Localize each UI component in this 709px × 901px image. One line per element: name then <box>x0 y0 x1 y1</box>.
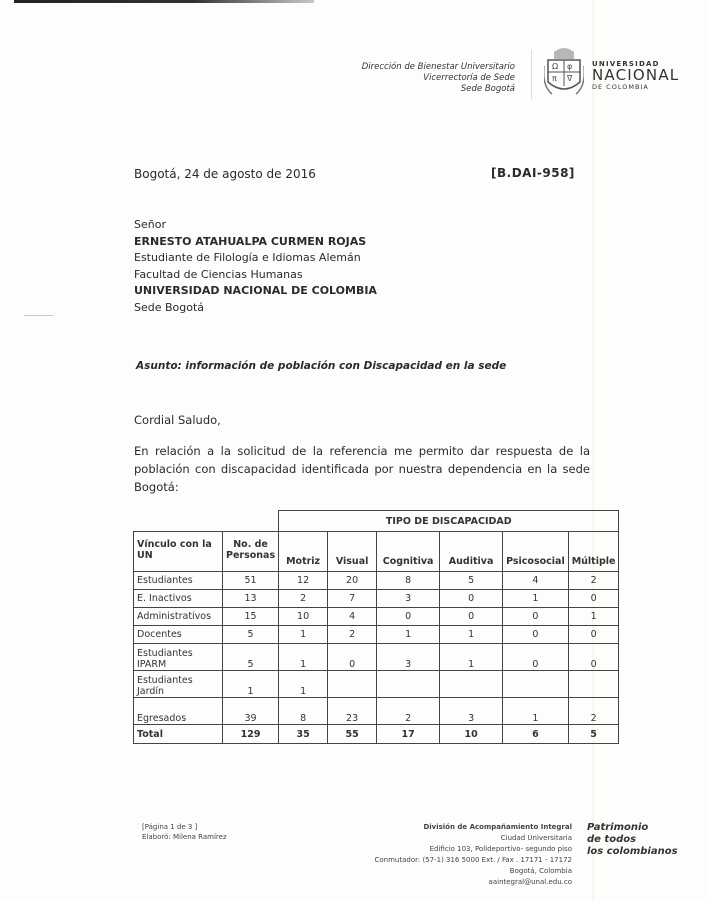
table-cell: 12 <box>279 572 328 590</box>
salutation: Señor <box>134 217 377 234</box>
body-paragraph: En relación a la solicitud de la referen… <box>134 442 590 496</box>
total-row: Total1293555171065 <box>134 725 619 744</box>
table-cell: 1 <box>440 626 503 644</box>
svg-text:π: π <box>552 74 557 83</box>
table-cell: 2 <box>568 572 619 590</box>
row-label: Docentes <box>134 626 223 644</box>
table-cell: 1 <box>503 698 569 725</box>
department-line: Dirección de Bienestar Universitario <box>362 62 515 73</box>
table-cell: 5 <box>440 572 503 590</box>
addressee-block: Señor ERNESTO ATAHUALPA CURMEN ROJAS Est… <box>134 217 377 316</box>
division-name: División de Acompañamiento Integral <box>374 822 572 833</box>
column-header: Vínculo con la UN <box>134 532 223 572</box>
table-cell: 1 <box>568 608 619 626</box>
table-cell: 1 <box>279 671 328 698</box>
table-cell: 7 <box>328 590 377 608</box>
column-header: Visual <box>328 532 377 572</box>
column-header: Psicosocial <box>503 532 569 572</box>
header-divider <box>531 50 532 100</box>
university-shield-icon: Ω φ π ∇ <box>544 46 584 98</box>
address-line: Bogotá, Colombia <box>374 866 572 877</box>
table-row: E. Inactivos13273010 <box>134 590 619 608</box>
page-indicator: [Página 1 de 3 ] <box>142 822 227 832</box>
table-cell <box>568 671 619 698</box>
motto-line: los colombianos <box>587 846 678 858</box>
table-cell: 51 <box>223 572 279 590</box>
table-cell: 2 <box>279 590 328 608</box>
row-label: Estudiantes IPARM <box>134 644 223 671</box>
table-cell: 8 <box>279 698 328 725</box>
scan-edge <box>14 0 314 3</box>
author-line: Elaboró: Milena Ramírez <box>142 832 227 842</box>
column-header: Múltiple <box>568 532 619 572</box>
row-label: Estudiantes <box>134 572 223 590</box>
table-cell: 15 <box>223 608 279 626</box>
table-row: Estudiantes5112208542 <box>134 572 619 590</box>
table-cell: 0 <box>440 590 503 608</box>
university-logo: UNIVERSIDAD NACIONAL DE COLOMBIA <box>592 60 679 91</box>
table-cell: 5 <box>568 725 619 744</box>
subject-line: Asunto: información de población con Dis… <box>136 360 506 372</box>
table-cell: 1 <box>279 644 328 671</box>
row-label: Estudiantes Jardín <box>134 671 223 698</box>
address-line: Conmutador: (57-1) 316 5000 Ext. / Fax .… <box>374 855 572 866</box>
table-cell: 3 <box>440 698 503 725</box>
motto-line: Patrimonio <box>587 822 678 834</box>
table-cell: 4 <box>503 572 569 590</box>
table-cell: 1 <box>223 671 279 698</box>
table-cell <box>503 671 569 698</box>
scan-mark <box>24 315 54 316</box>
column-header: Auditiva <box>440 532 503 572</box>
table-cell: 0 <box>377 608 440 626</box>
table-cell: 1 <box>503 590 569 608</box>
department-line: Vicerrectoría de Sede <box>362 73 515 84</box>
table-cell: 8 <box>377 572 440 590</box>
svg-text:∇: ∇ <box>566 74 573 83</box>
table-cell: 0 <box>503 608 569 626</box>
greeting: Cordial Saludo, <box>134 413 221 427</box>
table-cell: 0 <box>503 626 569 644</box>
table-cell <box>440 671 503 698</box>
table-row: Administrativos151040001 <box>134 608 619 626</box>
table-cell: 2 <box>568 698 619 725</box>
email-address: aaintegral@unal.edu.co <box>374 877 572 888</box>
table-cell: 3 <box>377 644 440 671</box>
table-cell: 35 <box>279 725 328 744</box>
paper-fold <box>592 0 594 901</box>
row-label: E. Inactivos <box>134 590 223 608</box>
table-row: Docentes5121100 <box>134 626 619 644</box>
row-label: Administrativos <box>134 608 223 626</box>
table-cell: 129 <box>223 725 279 744</box>
table-cell: 0 <box>568 644 619 671</box>
table-cell: 3 <box>377 590 440 608</box>
table-super-header: TIPO DE DISCAPACIDAD <box>279 511 619 532</box>
letter-date: Bogotá, 24 de agosto de 2016 <box>134 167 316 181</box>
table-cell: 2 <box>328 626 377 644</box>
table-row: Estudiantes Jardín11 <box>134 671 619 698</box>
address-line: Edificio 103, Polideportivo- segundo pis… <box>374 844 572 855</box>
table-cell: 0 <box>568 626 619 644</box>
department-header: Dirección de Bienestar Universitario Vic… <box>362 62 515 95</box>
table-cell: 5 <box>223 626 279 644</box>
address-line: Ciudad Universitaria <box>374 833 572 844</box>
table-cell: 10 <box>440 725 503 744</box>
department-line: Sede Bogotá <box>362 84 515 95</box>
table-cell: 6 <box>503 725 569 744</box>
logo-line-2: NACIONAL <box>592 68 679 83</box>
table-row: Egresados398232312 <box>134 698 619 725</box>
table-cell <box>328 671 377 698</box>
table-cell: 0 <box>440 608 503 626</box>
column-header: Motriz <box>279 532 328 572</box>
addressee-campus: Sede Bogotá <box>134 300 377 317</box>
table-cell: 17 <box>377 725 440 744</box>
addressee-institution: UNIVERSIDAD NACIONAL DE COLOMBIA <box>134 283 377 300</box>
disability-table: TIPO DE DISCAPACIDAD Vínculo con la UNNo… <box>133 510 619 744</box>
svg-text:φ: φ <box>567 62 572 71</box>
addressee-name: ERNESTO ATAHUALPA CURMEN ROJAS <box>134 234 377 251</box>
footer-motto: Patrimonio de todos los colombianos <box>587 822 678 858</box>
row-label: Egresados <box>134 698 223 725</box>
table-cell: 5 <box>223 644 279 671</box>
table-body: Estudiantes5112208542E. Inactivos1327301… <box>134 572 619 744</box>
footer-address: División de Acompañamiento Integral Ciud… <box>374 822 572 888</box>
table-cell: 23 <box>328 698 377 725</box>
reference-code: [B.DAI-958] <box>491 166 575 180</box>
table-cell: 2 <box>377 698 440 725</box>
table-cell: 0 <box>568 590 619 608</box>
addressee-faculty: Facultad de Ciencias Humanas <box>134 267 377 284</box>
table-cell: 55 <box>328 725 377 744</box>
table-cell: 13 <box>223 590 279 608</box>
table-cell: 0 <box>503 644 569 671</box>
table-cell: 20 <box>328 572 377 590</box>
table-cell <box>377 671 440 698</box>
addressee-role: Estudiante de Filología e Idiomas Alemán <box>134 250 377 267</box>
column-header: Cognitiva <box>377 532 440 572</box>
table-row: Estudiantes IPARM5103100 <box>134 644 619 671</box>
table-cell: 0 <box>328 644 377 671</box>
table-cell: 4 <box>328 608 377 626</box>
table-cell: 10 <box>279 608 328 626</box>
table-cell: 1 <box>440 644 503 671</box>
table-cell: 1 <box>377 626 440 644</box>
column-header-row: Vínculo con la UNNo. de PersonasMotrizVi… <box>134 532 619 572</box>
logo-line-3: DE COLOMBIA <box>592 83 679 91</box>
footer-left: [Página 1 de 3 ] Elaboró: Milena Ramírez <box>142 822 227 842</box>
column-header: No. de Personas <box>223 532 279 572</box>
svg-text:Ω: Ω <box>552 62 558 71</box>
table-cell: 39 <box>223 698 279 725</box>
table-cell: 1 <box>279 626 328 644</box>
motto-line: de todos <box>587 834 678 846</box>
row-label: Total <box>134 725 223 744</box>
